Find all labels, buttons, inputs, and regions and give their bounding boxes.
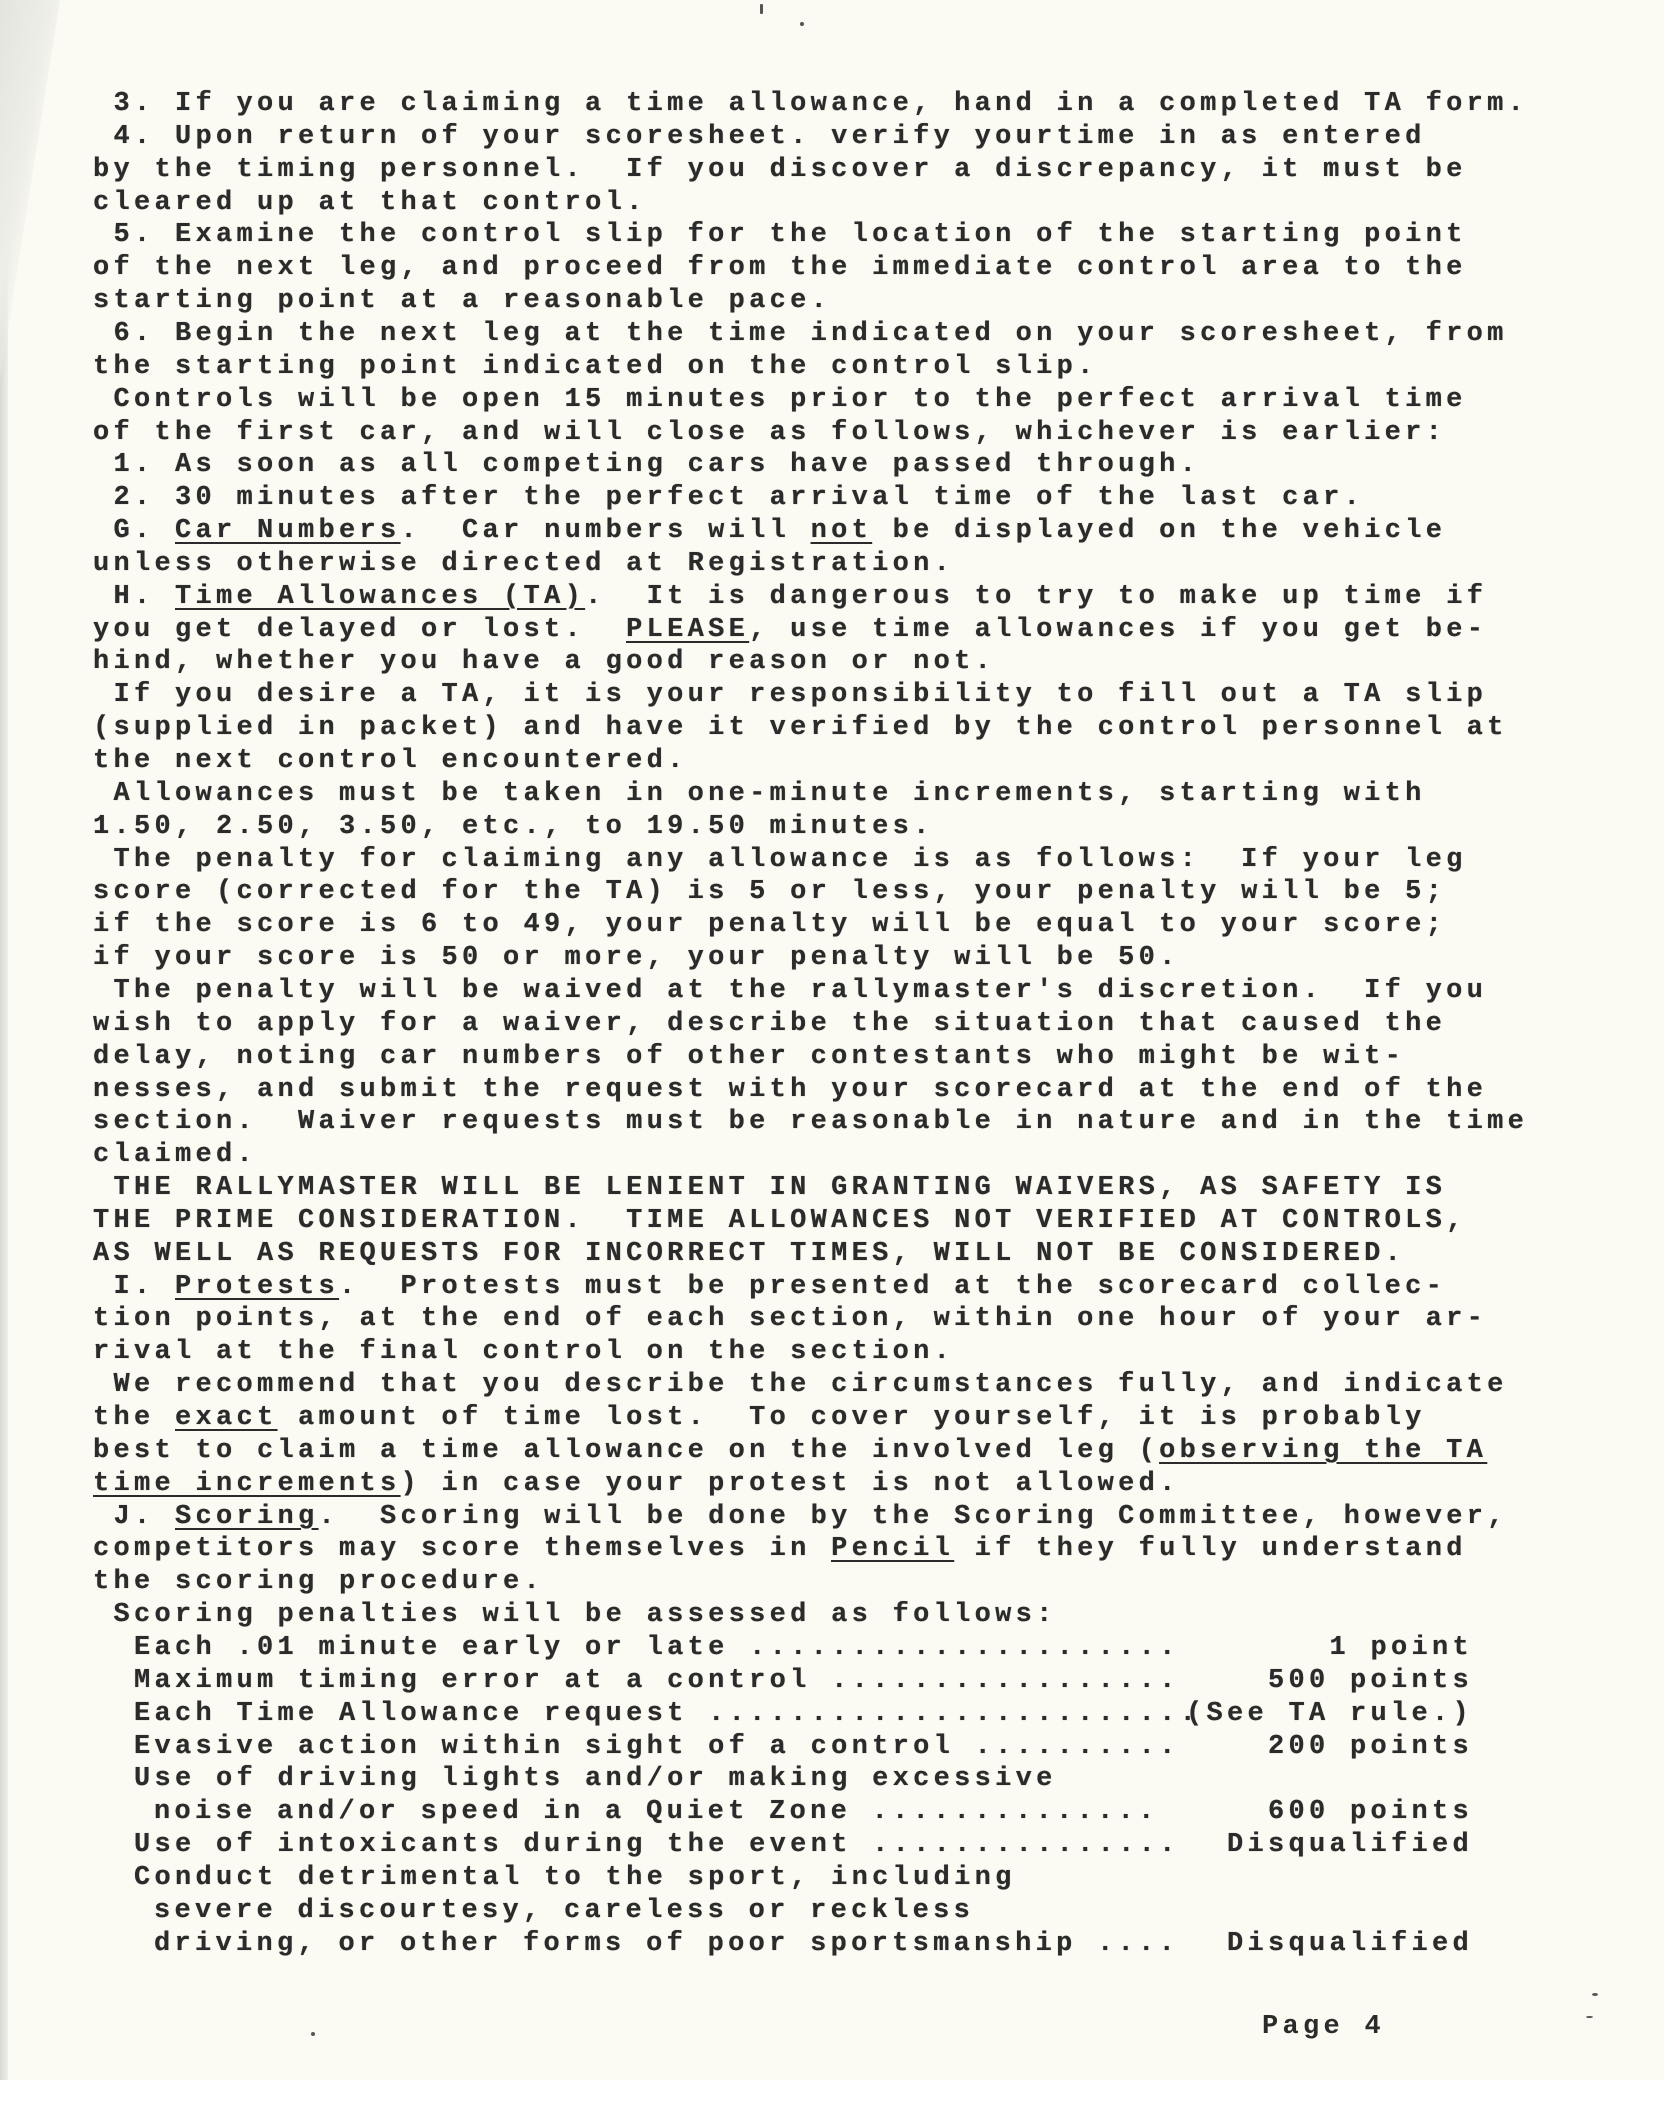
text-line: score (corrected for the TA) is 5 or les… [93, 876, 1446, 909]
text-run: rival at the final control on the sectio… [93, 1337, 954, 1367]
text-line: Controls will be open 15 minutes prior t… [114, 384, 1467, 417]
text-run: be displayed on the vehicle [872, 516, 1446, 546]
penalty-row: driving, or other forms of poor sportsma… [93, 1928, 1473, 1961]
text-run: I. [114, 1272, 176, 1302]
text-line: you get delayed or lost. PLEASE, use tim… [93, 614, 1487, 647]
penalty-value: 1 point [1329, 1632, 1473, 1665]
text-run: if the score is 6 to 49, your penalty wi… [93, 910, 1446, 940]
penalty-row: severe discourtesy, careless or reckless [93, 1895, 1473, 1928]
text-line: of the next leg, and proceed from the im… [93, 252, 1467, 285]
text-run: (supplied in packet) and have it verifie… [93, 713, 1508, 743]
text-run: the next control encountered. [93, 746, 688, 776]
text-line: the scoring procedure. [93, 1566, 544, 1599]
text-line: nesses, and submit the request with your… [93, 1074, 1487, 1107]
text-line: If you desire a TA, it is your responsib… [114, 679, 1488, 712]
text-line: 1. As soon as all competing cars have pa… [114, 449, 1201, 482]
scan-speck [1592, 1993, 1598, 1996]
underlined-term: time increments [93, 1469, 401, 1499]
text-line: The penalty will be waived at the rallym… [114, 975, 1488, 1008]
penalty-value: Disqualified [1227, 1928, 1473, 1961]
text-run: claimed. [93, 1140, 257, 1170]
penalty-row: Conduct detrimental to the sport, includ… [93, 1862, 1473, 1895]
penalty-row: noise and/or speed in a Quiet Zone .....… [93, 1796, 1473, 1829]
scan-corner-shadow [0, 0, 60, 380]
text-run: H. [114, 582, 176, 612]
text-line: time increments) in case your protest is… [93, 1468, 1180, 1501]
text-line: of the first car, and will close as foll… [93, 417, 1446, 450]
text-line: the exact amount of time lost. To cover … [93, 1402, 1426, 1435]
text-run: G. [114, 516, 176, 546]
penalty-value: 200 points [1268, 1731, 1473, 1764]
text-run: hind, whether you have a good reason or … [93, 647, 995, 677]
text-run: of the first car, and will close as foll… [93, 418, 1446, 448]
text-run: you get delayed or lost. [93, 615, 626, 645]
text-run: AS WELL AS REQUESTS FOR INCORRECT TIMES,… [93, 1239, 1405, 1269]
text-run: the [93, 1403, 175, 1433]
text-line: tion points, at the end of each section,… [93, 1303, 1487, 1336]
penalty-description: Each .01 minute early or late ..........… [134, 1632, 1180, 1665]
penalty-value: (See TA rule.) [1186, 1698, 1473, 1731]
penalty-row: Each Time Allowance request ............… [93, 1698, 1473, 1731]
underlined-term: observing the TA [1159, 1436, 1487, 1466]
text-line: THE RALLYMASTER WILL BE LENIENT IN GRANT… [114, 1172, 1447, 1205]
text-run: starting point at a reasonable pace. [93, 286, 831, 316]
text-run: If you desire a TA, it is your responsib… [114, 680, 1488, 710]
text-run: 4. Upon return of your scoresheet. verif… [114, 122, 1426, 152]
text-run: Controls will be open 15 minutes prior t… [114, 385, 1467, 415]
text-run: of the next leg, and proceed from the im… [93, 253, 1467, 283]
scan-bottom-margin [0, 2080, 1664, 2116]
text-line: delay, noting car numbers of other conte… [93, 1041, 1405, 1074]
text-run: score (corrected for the TA) is 5 or les… [93, 877, 1446, 907]
text-run: tion points, at the end of each section,… [93, 1304, 1487, 1334]
underlined-term: Protests [175, 1272, 339, 1302]
text-run: nesses, and submit the request with your… [93, 1075, 1487, 1105]
penalty-value: 500 points [1268, 1665, 1473, 1698]
penalty-description: Each Time Allowance request ............… [134, 1698, 1200, 1731]
penalty-description: severe discourtesy, careless or reckless [154, 1895, 974, 1928]
penalty-row: Maximum timing error at a control ......… [93, 1665, 1473, 1698]
penalty-description: Use of driving lights and/or making exce… [134, 1763, 1057, 1796]
underlined-term: Scoring [175, 1502, 319, 1532]
text-run: THE RALLYMASTER WILL BE LENIENT IN GRANT… [114, 1173, 1447, 1203]
text-line: 4. Upon return of your scoresheet. verif… [114, 121, 1426, 154]
text-run: THE PRIME CONSIDERATION. TIME ALLOWANCES… [93, 1206, 1467, 1236]
penalty-description: Use of intoxicants during the event ....… [134, 1829, 1180, 1862]
text-line: Allowances must be taken in one-minute i… [114, 778, 1426, 811]
text-line: 5. Examine the control slip for the loca… [114, 219, 1467, 252]
text-run: We recommend that you describe the circu… [114, 1370, 1508, 1400]
scan-speck [760, 4, 763, 14]
text-line: competitors may score themselves in Penc… [93, 1533, 1467, 1566]
text-line: I. Protests. Protests must be presented … [114, 1271, 1447, 1304]
underlined-term: Car Numbers [175, 516, 401, 546]
text-run: Allowances must be taken in one-minute i… [114, 779, 1426, 809]
scan-speck [1586, 2016, 1593, 2018]
underlined-term: Pencil [831, 1534, 954, 1564]
text-line: cleared up at that control. [93, 187, 647, 220]
text-line: Scoring penalties will be assessed as fo… [114, 1599, 1057, 1632]
text-run: J. [114, 1502, 176, 1532]
text-run: the starting point indicated on the cont… [93, 352, 1098, 382]
text-line: hind, whether you have a good reason or … [93, 646, 995, 679]
underlined-term: not [811, 516, 873, 546]
text-line: We recommend that you describe the circu… [114, 1369, 1508, 1402]
text-line: The penalty for claiming any allowance i… [114, 844, 1467, 877]
text-run: . Car numbers will [401, 516, 811, 546]
text-line: the starting point indicated on the cont… [93, 351, 1098, 384]
text-line: AS WELL AS REQUESTS FOR INCORRECT TIMES,… [93, 1238, 1405, 1271]
text-line: wish to apply for a waiver, describe the… [93, 1008, 1446, 1041]
text-run: , use time allowances if you get be- [749, 615, 1487, 645]
text-line: best to claim a time allowance on the in… [93, 1435, 1487, 1468]
text-line: 6. Begin the next leg at the time indica… [114, 318, 1508, 351]
text-run: competitors may score themselves in [93, 1534, 831, 1564]
text-line: J. Scoring. Scoring will be done by the … [114, 1501, 1508, 1534]
text-line: if your score is 50 or more, your penalt… [93, 942, 1180, 975]
text-line: the next control encountered. [93, 745, 688, 778]
page-number: Page 4 [1262, 2012, 1385, 2042]
text-line: if the score is 6 to 49, your penalty wi… [93, 909, 1446, 942]
penalty-row: Each .01 minute early or late ..........… [93, 1632, 1473, 1665]
text-run: 2. 30 minutes after the perfect arrival … [114, 483, 1365, 513]
underlined-term: exact [175, 1403, 278, 1433]
text-run: wish to apply for a waiver, describe the… [93, 1009, 1446, 1039]
text-run: Scoring penalties will be assessed as fo… [114, 1600, 1057, 1630]
text-run: 6. Begin the next leg at the time indica… [114, 319, 1508, 349]
text-line: rival at the final control on the sectio… [93, 1336, 954, 1369]
text-run: delay, noting car numbers of other conte… [93, 1042, 1405, 1072]
text-run: ) in case your protest is not allowed. [401, 1469, 1180, 1499]
text-line: section. Waiver requests must be reasona… [93, 1106, 1528, 1139]
text-run: unless otherwise directed at Registratio… [93, 549, 954, 579]
penalty-value: 600 points [1268, 1796, 1473, 1829]
text-run: if your score is 50 or more, your penalt… [93, 943, 1180, 973]
scan-speck [800, 22, 804, 26]
text-run: best to claim a time allowance on the in… [93, 1436, 1159, 1466]
penalty-description: noise and/or speed in a Quiet Zone .....… [154, 1796, 1159, 1829]
text-line: 3. If you are claiming a time allowance,… [114, 88, 1529, 121]
text-run: . It is dangerous to try to make up time… [585, 582, 1487, 612]
penalty-description: Maximum timing error at a control ......… [134, 1665, 1180, 1698]
underlined-term: Time Allowances (TA) [175, 582, 585, 612]
underlined-term: PLEASE [626, 615, 749, 645]
text-run: 1. As soon as all competing cars have pa… [114, 450, 1201, 480]
penalty-description: Evasive action within sight of a control… [134, 1731, 1180, 1764]
text-run: 1.50, 2.50, 3.50, etc., to 19.50 minutes… [93, 812, 934, 842]
text-line: by the timing personnel. If you discover… [93, 154, 1467, 187]
text-run: The penalty will be waived at the rallym… [114, 976, 1488, 1006]
text-line: 1.50, 2.50, 3.50, etc., to 19.50 minutes… [93, 811, 934, 844]
text-line: H. Time Allowances (TA). It is dangerous… [114, 581, 1488, 614]
text-run: 5. Examine the control slip for the loca… [114, 220, 1467, 250]
text-line: claimed. [93, 1139, 257, 1172]
text-line: THE PRIME CONSIDERATION. TIME ALLOWANCES… [93, 1205, 1467, 1238]
text-run: the scoring procedure. [93, 1567, 544, 1597]
text-run: The penalty for claiming any allowance i… [114, 845, 1467, 875]
text-run: . Scoring will be done by the Scoring Co… [319, 1502, 1508, 1532]
penalty-row: Evasive action within sight of a control… [93, 1731, 1473, 1764]
text-line: unless otherwise directed at Registratio… [93, 548, 954, 581]
text-run: amount of time lost. To cover yourself, … [278, 1403, 1426, 1433]
penalty-row: Use of intoxicants during the event ....… [93, 1829, 1473, 1862]
text-run: cleared up at that control. [93, 188, 647, 218]
text-line: 2. 30 minutes after the perfect arrival … [114, 482, 1365, 515]
penalty-description: Conduct detrimental to the sport, includ… [134, 1862, 1016, 1895]
scan-speck [311, 2032, 315, 2036]
penalty-row: Use of driving lights and/or making exce… [93, 1763, 1473, 1796]
text-run: 3. If you are claiming a time allowance,… [114, 89, 1529, 119]
text-run: by the timing personnel. If you discover… [93, 155, 1467, 185]
text-run: if they fully understand [954, 1534, 1467, 1564]
text-run: section. Waiver requests must be reasona… [93, 1107, 1528, 1137]
text-line: G. Car Numbers. Car numbers will not be … [114, 515, 1447, 548]
text-line: (supplied in packet) and have it verifie… [93, 712, 1508, 745]
text-run: . Protests must be presented at the scor… [339, 1272, 1446, 1302]
penalty-value: Disqualified [1227, 1829, 1473, 1862]
penalty-description: driving, or other forms of poor sportsma… [154, 1928, 1179, 1961]
text-line: starting point at a reasonable pace. [93, 285, 831, 318]
